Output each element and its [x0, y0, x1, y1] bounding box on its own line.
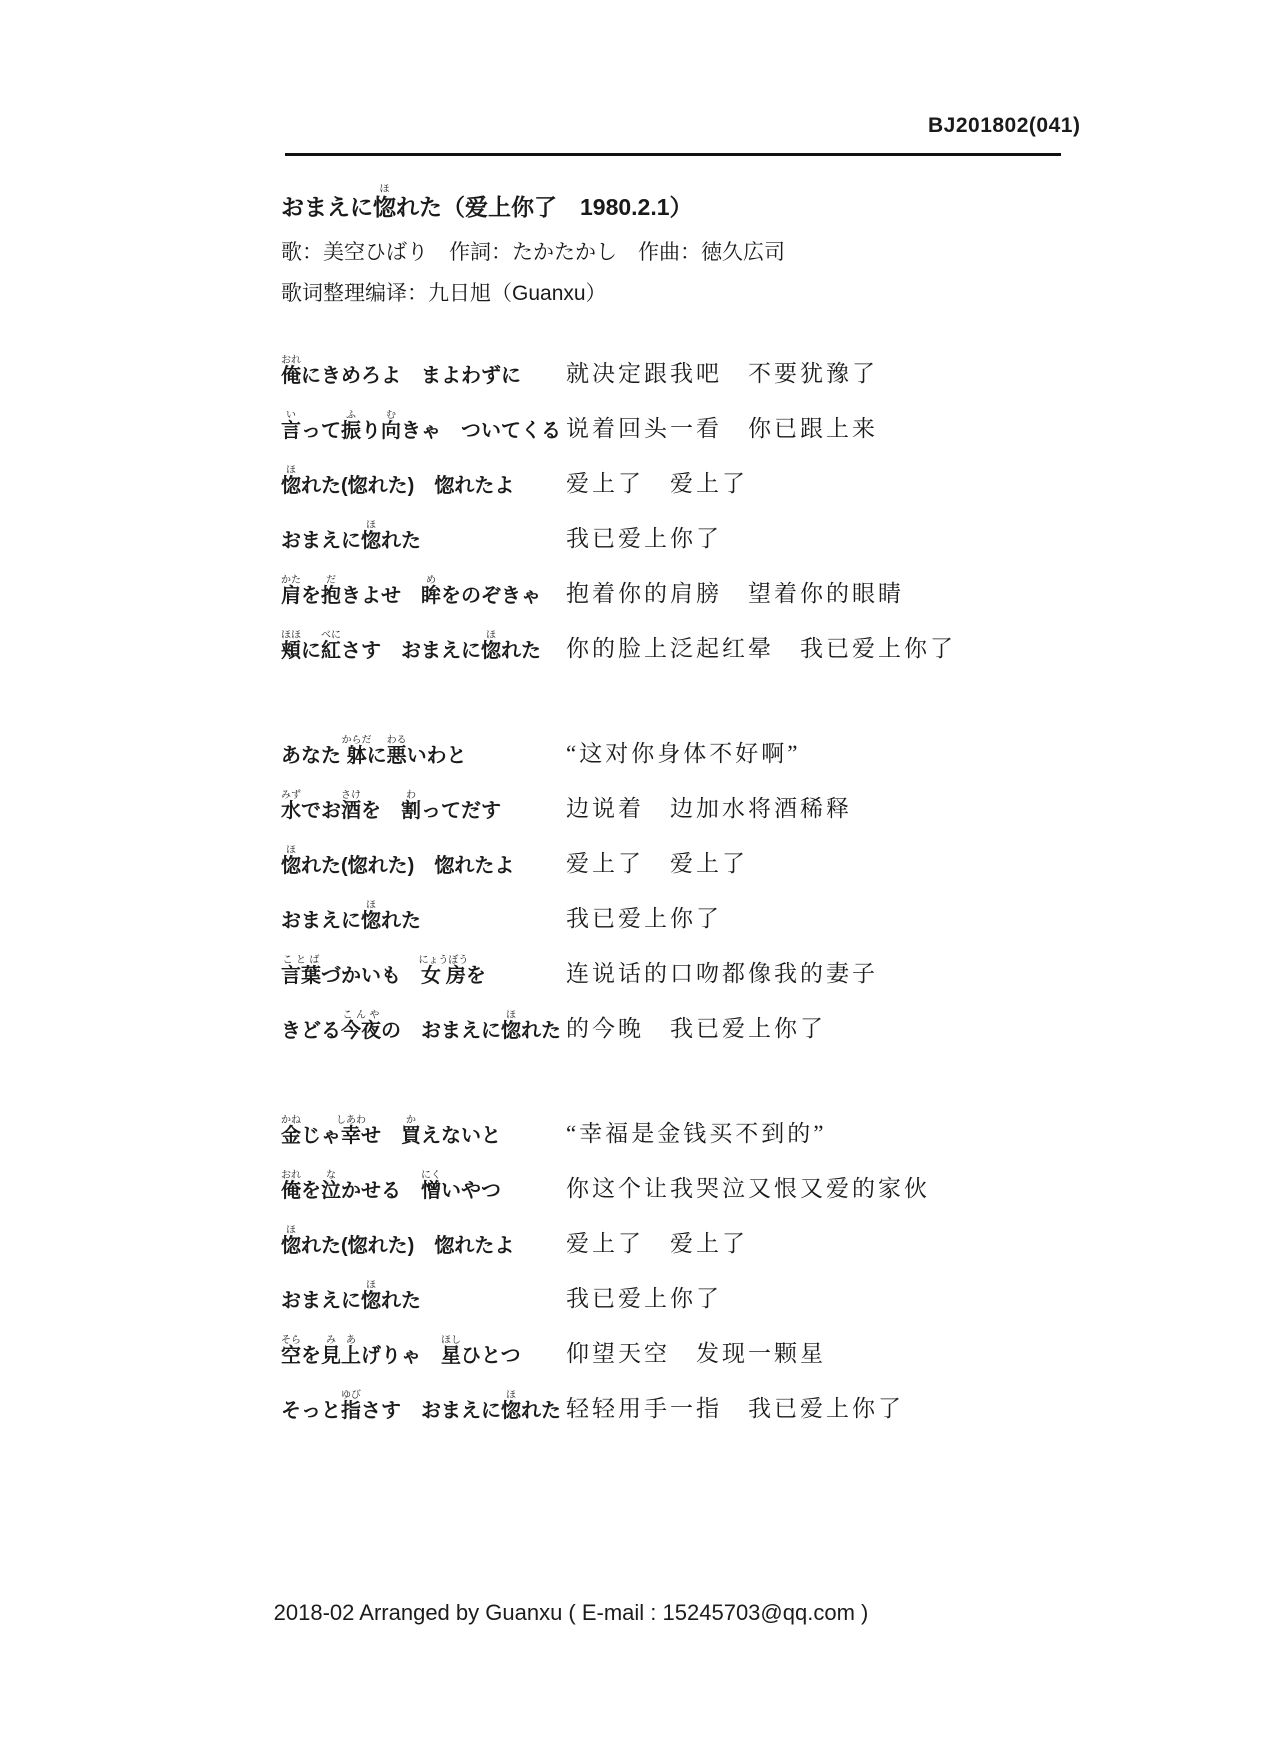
lyric-line: あなた 躰からだに悪わるいわと“这对你身体不好啊” [281, 712, 956, 767]
lyric-line: おまえに惚ほれた我已爱上你了 [281, 497, 956, 552]
lyric-japanese: 肩かたを抱だきよせ 眸めをのぞきゃ [281, 575, 566, 607]
lyric-line: 俺おれを泣なかせる 憎にくいやつ你这个让我哭泣又恨又爱的家伙 [281, 1147, 956, 1202]
lyric-line: 頬ほほに紅べにさす おまえに惚ほれた你的脸上泛起红晕 我已爱上你了 [281, 607, 956, 662]
lyric-chinese-translation: 轻轻用手一指 我已爱上你了 [566, 1397, 904, 1422]
verse: あなた 躰からだに悪わるいわと“这对你身体不好啊”水みずでお酒さけを 割わってだ… [281, 712, 956, 1042]
lyric-japanese: そっと指ゆびさす おまえに惚ほれた [281, 1390, 566, 1422]
lyric-line: 俺おれにきめろよ まよわずに就决定跟我吧 不要犹豫了 [281, 332, 956, 387]
lyric-chinese-translation: 我已爱上你了 [566, 527, 722, 552]
lyric-japanese: 惚ほれた(惚れた) 惚れたよ [281, 845, 566, 877]
lyric-chinese-translation: 你的脸上泛起红晕 我已爱上你了 [566, 637, 956, 662]
lyric-line: おまえに惚ほれた我已爱上你了 [281, 1257, 956, 1312]
lyric-chinese-translation: 抱着你的肩膀 望着你的眼睛 [566, 582, 904, 607]
lyric-japanese: 俺おれにきめろよ まよわずに [281, 355, 566, 387]
lyric-line: おまえに惚ほれた我已爱上你了 [281, 877, 956, 932]
lyric-japanese: 言いって振ふり向むきゃ ついてくる [281, 410, 566, 442]
lyric-japanese: 言葉ことばづかいも 女房にょうぼうを [281, 955, 566, 987]
lyric-chinese-translation: 爱上了 爱上了 [566, 1232, 748, 1257]
lyric-line: 言いって振ふり向むきゃ ついてくる说着回头一看 你已跟上来 [281, 387, 956, 442]
lyric-chinese-translation: “这对你身体不好啊” [566, 742, 800, 767]
lyric-japanese: 空そらを見上みあげりゃ 星ほしひとつ [281, 1335, 566, 1367]
lyric-chinese-translation: 连说话的口吻都像我的妻子 [566, 962, 878, 987]
lyric-chinese-translation: 仰望天空 发现一颗星 [566, 1342, 826, 1367]
lyric-chinese-translation: 你这个让我哭泣又恨又爱的家伙 [566, 1177, 930, 1202]
lyric-line: 惚ほれた(惚れた) 惚れたよ爱上了 爱上了 [281, 1202, 956, 1257]
verse: 金かねじゃ幸しあわせ 買かえないと“幸福是金钱买不到的”俺おれを泣なかせる 憎に… [281, 1092, 956, 1422]
lyric-japanese: 俺おれを泣なかせる 憎にくいやつ [281, 1170, 566, 1202]
lyric-chinese-translation: 的今晚 我已爱上你了 [566, 1017, 826, 1042]
lyric-japanese: 頬ほほに紅べにさす おまえに惚ほれた [281, 630, 566, 662]
lyric-chinese-translation: 就决定跟我吧 不要犹豫了 [566, 362, 878, 387]
lyric-chinese-translation: 说着回头一看 你已跟上来 [566, 417, 878, 442]
lyric-japanese: あなた 躰からだに悪わるいわと [281, 735, 566, 767]
lyric-line: 空そらを見上みあげりゃ 星ほしひとつ仰望天空 发现一颗星 [281, 1312, 956, 1367]
lyric-line: 肩かたを抱だきよせ 眸めをのぞきゃ抱着你的肩膀 望着你的眼睛 [281, 552, 956, 607]
lyric-japanese: おまえに惚ほれた [281, 1280, 566, 1312]
lyric-japanese: 惚ほれた(惚れた) 惚れたよ [281, 465, 566, 497]
lyric-chinese-translation: 我已爱上你了 [566, 907, 722, 932]
lyric-japanese: 水みずでお酒さけを 割わってだす [281, 790, 566, 822]
lyric-chinese-translation: 爱上了 爱上了 [566, 852, 748, 877]
lyric-line: 金かねじゃ幸しあわせ 買かえないと“幸福是金钱买不到的” [281, 1092, 956, 1147]
lyric-line: 水みずでお酒さけを 割わってだす边说着 边加水将酒稀释 [281, 767, 956, 822]
lyric-line: きどる今夜こんやの おまえに惚ほれた的今晚 我已爱上你了 [281, 987, 956, 1042]
lyric-chinese-translation: 边说着 边加水将酒稀释 [566, 797, 852, 822]
lyric-line: 言葉ことばづかいも 女房にょうぼうを连说话的口吻都像我的妻子 [281, 932, 956, 987]
song-title: おまえに惚ほれた（爱上你了 1980.2.1） [281, 178, 785, 222]
lyric-japanese: 金かねじゃ幸しあわせ 買かえないと [281, 1115, 566, 1147]
lyrics: 俺おれにきめろよ まよわずに就决定跟我吧 不要犹豫了言いって振ふり向むきゃ つい… [281, 332, 956, 1422]
lyric-japanese: きどる今夜こんやの おまえに惚ほれた [281, 1010, 566, 1042]
verse: 俺おれにきめろよ まよわずに就决定跟我吧 不要犹豫了言いって振ふり向むきゃ つい… [281, 332, 956, 662]
lyric-line: 惚ほれた(惚れた) 惚れたよ爱上了 爱上了 [281, 442, 956, 497]
lyric-chinese-translation: “幸福是金钱买不到的” [566, 1122, 826, 1147]
footer-credit: 2018-02 Arranged by Guanxu ( E-mail : 15… [0, 1600, 1142, 1626]
arranger-line: 歌词整理编译：九日旭（Guanxu） [281, 277, 785, 307]
title-block: おまえに惚ほれた（爱上你了 1980.2.1） 歌：美空ひばり 作詞：たかたかし… [281, 178, 785, 307]
credits-line: 歌：美空ひばり 作詞：たかたかし 作曲：徳久広司 [281, 236, 785, 266]
lyric-chinese-translation: 我已爱上你了 [566, 1287, 722, 1312]
lyric-line: そっと指ゆびさす おまえに惚ほれた轻轻用手一指 我已爱上你了 [281, 1367, 956, 1422]
lyric-japanese: 惚ほれた(惚れた) 惚れたよ [281, 1225, 566, 1257]
lyric-japanese: おまえに惚ほれた [281, 520, 566, 552]
lyric-japanese: おまえに惚ほれた [281, 900, 566, 932]
page: BJ201802(041) おまえに惚ほれた（爱上你了 1980.2.1） 歌：… [0, 0, 1272, 1744]
header-rule [285, 153, 1061, 156]
lyric-line: 惚ほれた(惚れた) 惚れたよ爱上了 爱上了 [281, 822, 956, 877]
lyric-chinese-translation: 爱上了 爱上了 [566, 472, 748, 497]
doc-code: BJ201802(041) [928, 114, 1080, 138]
